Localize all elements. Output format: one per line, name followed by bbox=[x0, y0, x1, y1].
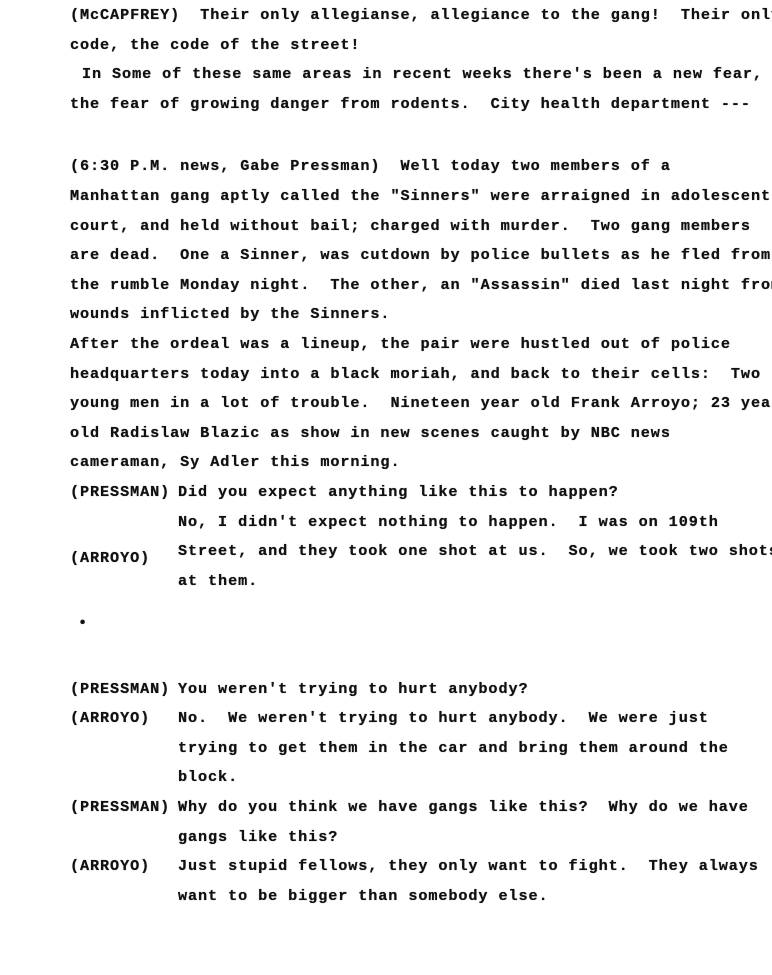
speech-line: Just stupid fellows, they only want to f… bbox=[178, 852, 759, 882]
continuation-mark: • bbox=[70, 609, 178, 639]
transcript-page: (McCAPFREY) Their only allegianse, alleg… bbox=[70, 0, 750, 911]
text-line: are dead. One a Sinner, was cutdown by p… bbox=[70, 241, 750, 271]
bullet-icon: • bbox=[70, 609, 88, 639]
speech: Why do you think we have gangs like this… bbox=[178, 793, 750, 852]
dialogue: (PRESSMAN) Did you expect anything like … bbox=[70, 478, 750, 912]
speaker-label: (PRESSMAN) bbox=[70, 675, 178, 705]
dialogue-turn: (ARROYO) Just stupid fellows, they only … bbox=[70, 852, 750, 911]
text-line: headquarters today into a black moriah, … bbox=[70, 360, 750, 390]
speech: You weren't trying to hurt anybody? bbox=[178, 675, 750, 705]
text-line: Manhattan gang aptly called the "Sinners… bbox=[70, 182, 750, 212]
text-line: code, the code of the street! bbox=[70, 31, 750, 61]
speech: No, I didn't expect nothing to happen. I… bbox=[178, 508, 772, 675]
speech-line: block. bbox=[178, 763, 750, 793]
text-line: old Radislaw Blazic as show in new scene… bbox=[70, 419, 750, 449]
speech-line: Why do you think we have gangs like this… bbox=[178, 793, 750, 823]
speaker-label: (PRESSMAN) bbox=[70, 793, 178, 823]
speaker-label: (ARROYO) bbox=[70, 544, 178, 574]
text-line: wounds inflicted by the Sinners. bbox=[70, 300, 750, 330]
speech: Did you expect anything like this to hap… bbox=[178, 478, 750, 508]
speech-line: trying to get them in the car and bring … bbox=[178, 734, 750, 764]
text-line: young men in a lot of trouble. Nineteen … bbox=[70, 389, 750, 419]
speaker-column: (ARROYO) • bbox=[70, 508, 178, 675]
speech: Just stupid fellows, they only want to f… bbox=[178, 852, 759, 911]
speech-line: want to be bigger than somebody else. bbox=[178, 882, 759, 912]
section-pressman-news: (6:30 P.M. news, Gabe Pressman) Well tod… bbox=[70, 152, 750, 478]
text-line: the fear of growing danger from rodents.… bbox=[70, 90, 750, 120]
text-line: (6:30 P.M. news, Gabe Pressman) Well tod… bbox=[70, 152, 750, 182]
text-line: the rumble Monday night. The other, an "… bbox=[70, 271, 750, 301]
text-line: cameraman, Sy Adler this morning. bbox=[70, 448, 750, 478]
speech-line: at them. bbox=[178, 567, 772, 597]
section-mccaffrey: (McCAPFREY) Their only allegianse, alleg… bbox=[70, 0, 750, 119]
section-gap bbox=[70, 119, 750, 152]
dialogue-turn: (ARROYO) • No, I didn't expect nothing t… bbox=[70, 508, 750, 675]
text-line: court, and held without bail; charged wi… bbox=[70, 212, 750, 242]
speech-line: gangs like this? bbox=[178, 823, 750, 853]
text-line: After the ordeal was a lineup, the pair … bbox=[70, 330, 750, 360]
speaker-label: (ARROYO) bbox=[70, 852, 178, 882]
speaker-label: (ARROYO) bbox=[70, 704, 178, 734]
speech: No. We weren't trying to hurt anybody. W… bbox=[178, 704, 750, 793]
speaker-label: (PRESSMAN) bbox=[70, 478, 178, 508]
speech-line: No, I didn't expect nothing to happen. I… bbox=[178, 508, 772, 538]
speech-line: Did you expect anything like this to hap… bbox=[178, 478, 750, 508]
dialogue-turn: (ARROYO) No. We weren't trying to hurt a… bbox=[70, 704, 750, 793]
speech-line: No. We weren't trying to hurt anybody. W… bbox=[178, 704, 750, 734]
dialogue-turn: (PRESSMAN) You weren't trying to hurt an… bbox=[70, 675, 750, 705]
speech-line: You weren't trying to hurt anybody? bbox=[178, 675, 750, 705]
text-line: In Some of these same areas in recent we… bbox=[70, 60, 750, 90]
dialogue-turn: (PRESSMAN) Why do you think we have gang… bbox=[70, 793, 750, 852]
dialogue-turn: (PRESSMAN) Did you expect anything like … bbox=[70, 478, 750, 508]
speech-line: Street, and they took one shot at us. So… bbox=[178, 537, 772, 567]
text-line: (McCAPFREY) Their only allegianse, alleg… bbox=[70, 1, 750, 31]
